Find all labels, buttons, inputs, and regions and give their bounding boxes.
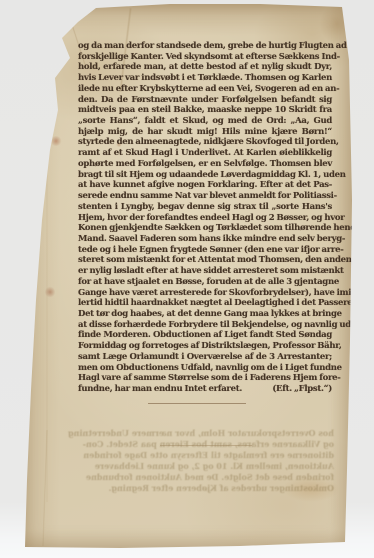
article-line: midtveis paa en steil Bakke, maaske nepp… <box>78 105 332 116</box>
article-line: den. Da de Førstnævnte under Forfølgelse… <box>78 95 332 106</box>
article-line: Formiddag og forretoges af Distriktslæge… <box>78 341 332 352</box>
article-line: ramt af et Skud Hagl i Underlivet. At Ka… <box>78 148 332 159</box>
article-line: Hjem, hvor der forefandtes endeel Hagl o… <box>78 213 332 224</box>
article-last-line: fundne, har man endnu Intet erfaret. (Ef… <box>78 384 332 395</box>
paper-crease <box>46 72 48 502</box>
article-line: Gange have været arresterede for Skovfor… <box>78 288 332 299</box>
section-divider-rule <box>148 403 246 404</box>
article-line: og da man derfor standsede dem, grebe de… <box>78 41 332 52</box>
showthrough-line: ditionerne ere fremlagte til Eftersyn ot… <box>112 450 334 461</box>
article-line: hold, erfarede man, at dette bestod af e… <box>78 62 332 73</box>
article-line: stenten i Lyngby, begav denne sig strax … <box>78 202 332 213</box>
showthrough-line: forinden bese det Solgte. De med Auktion… <box>112 472 334 483</box>
article-line: tede og i hele Egnen frygtede Sønner (de… <box>78 245 332 256</box>
showthrough-line: hos Overretsprokurator Holm, hvor nærmer… <box>112 428 334 439</box>
article-text-block: og da man derfor standsede dem, grebe de… <box>78 41 332 395</box>
article-line: for at have stjaalet en Bøsse, foruden a… <box>78 277 332 288</box>
article-line: at disse forhærdede Forbrydere til Bekje… <box>78 320 332 331</box>
article-line: „sorte Hans“, faldt et Skud, og med de O… <box>78 116 332 127</box>
article-line: forskjellige Kanter. Ved skyndsomt at ef… <box>78 52 332 63</box>
showthrough-line: Auktionen, imellem Kl. 10 og 2, og kunne… <box>112 461 334 472</box>
article-line: Det tør dog haabes, at det denne Gang ma… <box>78 309 332 320</box>
article-line: samt Læge Orlamundt i Overværelse af de … <box>78 352 332 363</box>
article-line: hvis Lever var indsvøbt i et Tørklæde. T… <box>78 73 332 84</box>
article-lines: og da man derfor standsede dem, grebe de… <box>78 41 332 384</box>
scan-background: og da man derfor standsede dem, grebe de… <box>0 0 374 558</box>
article-line: styrtede den almeenagtede, nidkjære Skov… <box>78 137 332 148</box>
article-line: Mand. Saavel Faderen som hans ikke mindr… <box>78 234 332 245</box>
article-line: finde Morderen. Obductionen af Liget fan… <box>78 330 332 341</box>
article-line: Konen gjenkjendte Sækken og Tørklædet so… <box>78 223 332 234</box>
article-line: steret som mistænkt for et Attentat mod … <box>78 255 332 266</box>
article-citation: (Eft. „Flpst.“) <box>272 384 332 395</box>
paper-stain <box>320 4 354 44</box>
article-line: men om Obductionens Udfald, navnlig om d… <box>78 363 332 374</box>
paper-stain <box>19 442 26 448</box>
article-line: ilede nu efter Krybskytterne ad een Vei,… <box>78 84 332 95</box>
article-line: serede endnu samme Nat var blevet anmeld… <box>78 191 332 202</box>
verso-showthrough-text: hos Overretsprokurator Holm, hvor nærmer… <box>112 428 334 494</box>
article-line: Hagl vare af samme Størrelse som de i Fa… <box>78 373 332 384</box>
paper-crease <box>42 430 48 546</box>
showthrough-line: Omkostninger udredes af Kjøberen efter R… <box>112 483 334 494</box>
newspaper-clipping: og da man derfor standsede dem, grebe de… <box>20 2 352 549</box>
article-line: ophørte med Forfølgelsen, er en Selvfølg… <box>78 159 332 170</box>
paper-stain <box>50 136 62 146</box>
paper-stain <box>45 286 55 298</box>
article-line: hjælp mig, de har skudt mig! Hils mine k… <box>78 127 332 138</box>
showthrough-line: og Vilkaarene erfares, samt hos Eieren p… <box>112 439 334 450</box>
article-line: bragt til sit Hjem og udaandede Løverdag… <box>78 170 332 181</box>
article-line: lertid hidtil haardnakket nægtet al Deel… <box>78 298 332 309</box>
article-line: at have kunnet afgive nogen Forklaring. … <box>78 180 332 191</box>
article-last-line-text: fundne, har man endnu Intet erfaret. <box>78 384 242 395</box>
article-line: er nylig løsladt efter at have siddet ar… <box>78 266 332 277</box>
